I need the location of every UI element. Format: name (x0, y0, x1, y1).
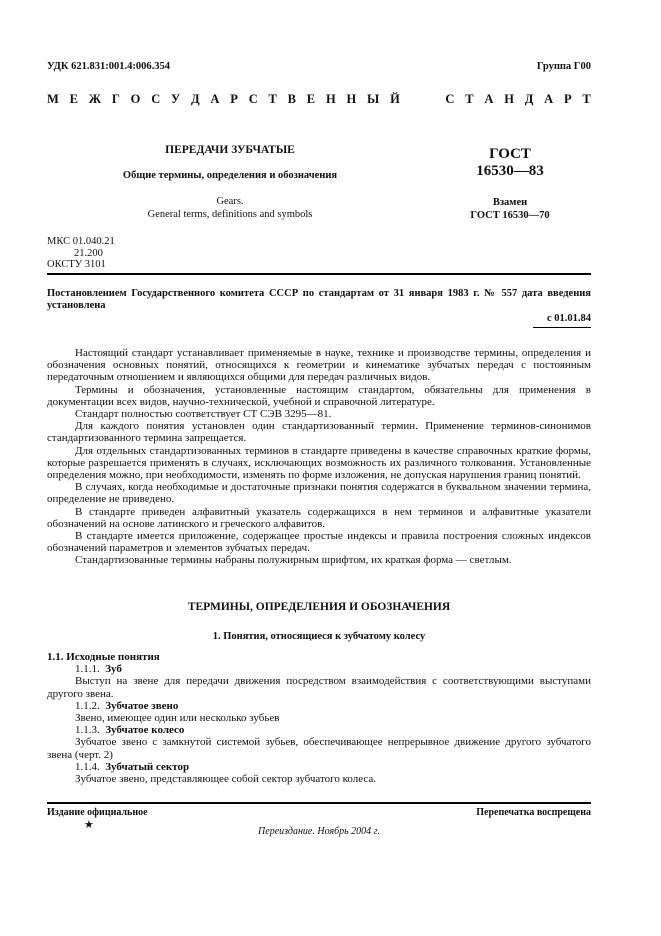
subsection-title: 1. Понятия, относящиеся к зубчатому коле… (47, 631, 591, 642)
group-code: Группа Г00 (537, 61, 591, 72)
term-definition: Зубчатое звено, представляющее собой сек… (47, 773, 591, 785)
heading-letter: Й (390, 92, 400, 107)
gost-designation-block: ГОСТ 16530—83 Взамен ГОСТ 16530—70 (445, 146, 575, 221)
term-definition: Зубчатое звено с замкнутой системой зубь… (47, 736, 591, 760)
heading-letter: У (171, 92, 180, 107)
heading-letter: О (131, 92, 141, 107)
term-entry-heading: 1.1.2. Зубчатое звено (47, 700, 591, 712)
heading-letter: Т (465, 92, 473, 107)
heading-letter: Т (269, 92, 277, 107)
okstu-code: ОКСТУ 3101 (47, 259, 115, 271)
body-paragraph: Для отдельных стандартизованных терминов… (47, 445, 591, 482)
heading-letter: А (210, 92, 219, 107)
body-paragraph: В случаях, когда необходимые и достаточн… (47, 481, 591, 505)
edition-label: Издание официальное (47, 807, 148, 818)
terms-list: 1.1. Исходные понятия 1.1.1. ЗубВыступ н… (47, 651, 591, 785)
title-block: ПЕРЕДАЧИ ЗУБЧАТЫЕ Общие термины, определ… (90, 144, 370, 221)
heading-letter: Ж (89, 92, 101, 107)
classification-codes: МКС 01.040.21 21.200 ОКСТУ 3101 (47, 236, 115, 271)
heading-letter: С (249, 92, 258, 107)
gost-number: 16530—83 (445, 163, 575, 180)
body-paragraph: Стандартизованные термины набраны полужи… (47, 554, 591, 566)
effective-date-underline (533, 327, 591, 328)
term-name: Зуб (105, 663, 122, 675)
term-number: 1.1.1. (75, 663, 100, 675)
heading-letter: С (445, 92, 454, 107)
reissue-note: Переиздание. Ноябрь 2004 г. (47, 826, 591, 837)
udk-code: УДК 621.831:001.4:006.354 (47, 61, 170, 72)
heading-letter: Д (191, 92, 200, 107)
term-number: 1.1.4. (75, 761, 100, 773)
heading-letter: Р (230, 92, 238, 107)
group-heading: 1.1. Исходные понятия (47, 651, 591, 663)
body-paragraph: В стандарте имеется приложение, содержащ… (47, 530, 591, 554)
term-number: 1.1.3. (75, 724, 100, 736)
effective-date: с 01.01.84 (547, 313, 591, 324)
heading-letter: М (47, 92, 59, 107)
term-definition: Звено, имеющее один или несколько зубьев (47, 712, 591, 724)
heading-letter: Ы (367, 92, 379, 107)
body-paragraph: Термины и обозначения, установленные нас… (47, 384, 591, 408)
term-number: 1.1.2. (75, 700, 100, 712)
introduction-text: Настоящий стандарт устанавливает применя… (47, 347, 591, 567)
term-name: Зубчатое звено (105, 700, 178, 712)
decree-statement: Постановлением Государственного комитета… (47, 288, 591, 312)
term-name: Зубчатый сектор (105, 761, 189, 773)
english-title-line-2: General terms, definitions and symbols (90, 208, 370, 221)
heading-letter: Г (112, 92, 120, 107)
heading-letter: Е (70, 92, 78, 107)
heading-letter: Д (525, 92, 534, 107)
gost-label: ГОСТ (445, 146, 575, 163)
term-definition: Выступ на звене для передачи движения по… (47, 675, 591, 699)
body-paragraph: Настоящий стандарт устанавливает применя… (47, 347, 591, 384)
english-title-line-1: Gears. (90, 195, 370, 208)
body-paragraph: В стандарте приведен алфавитный указател… (47, 506, 591, 530)
reprint-notice: Перепечатка воспрещена (476, 807, 591, 818)
document-subtitle: Общие термины, определения и обозначения (90, 170, 370, 181)
heading-letter: А (484, 92, 493, 107)
header-divider (47, 273, 591, 275)
replaces-label: Взамен (445, 197, 575, 208)
terms-items: 1.1.1. ЗубВыступ на звене для передачи д… (47, 663, 591, 785)
section-title: ТЕРМИНЫ, ОПРЕДЕЛЕНИЯ И ОБОЗНАЧЕНИЯ (47, 601, 591, 613)
mks-code: МКС 01.040.21 (47, 236, 115, 248)
replaces-number: ГОСТ 16530—70 (445, 210, 575, 221)
term-entry-heading: 1.1.4. Зубчатый сектор (47, 761, 591, 773)
term-name: Зубчатое колесо (105, 724, 184, 736)
term-entry-heading: 1.1.1. Зуб (47, 663, 591, 675)
body-paragraph: Для каждого понятия установлен один стан… (47, 420, 591, 444)
document-title: ПЕРЕДАЧИ ЗУБЧАТЫЕ (90, 144, 370, 156)
heading-letter: Н (504, 92, 514, 107)
heading-letter: Р (564, 92, 572, 107)
heading-letter: А (544, 92, 553, 107)
footer-divider (47, 802, 591, 804)
english-title: Gears. General terms, definitions and sy… (90, 195, 370, 221)
heading-letter: Н (326, 92, 336, 107)
heading-letter: Е (307, 92, 315, 107)
heading-letter: В (288, 92, 296, 107)
heading-letter: Т (582, 92, 590, 107)
interstate-standard-heading: МЕЖГОСУДАРСТВЕННЫЙСТАНДАРТ (47, 92, 591, 107)
term-entry-heading: 1.1.3. Зубчатое колесо (47, 724, 591, 736)
heading-letter: С (151, 92, 160, 107)
body-paragraph: Стандарт полностью соответствует СТ СЭВ … (47, 408, 591, 420)
heading-letter: Н (346, 92, 356, 107)
mks-code-continued: 21.200 (47, 248, 115, 260)
heading-word-gap (411, 92, 435, 107)
